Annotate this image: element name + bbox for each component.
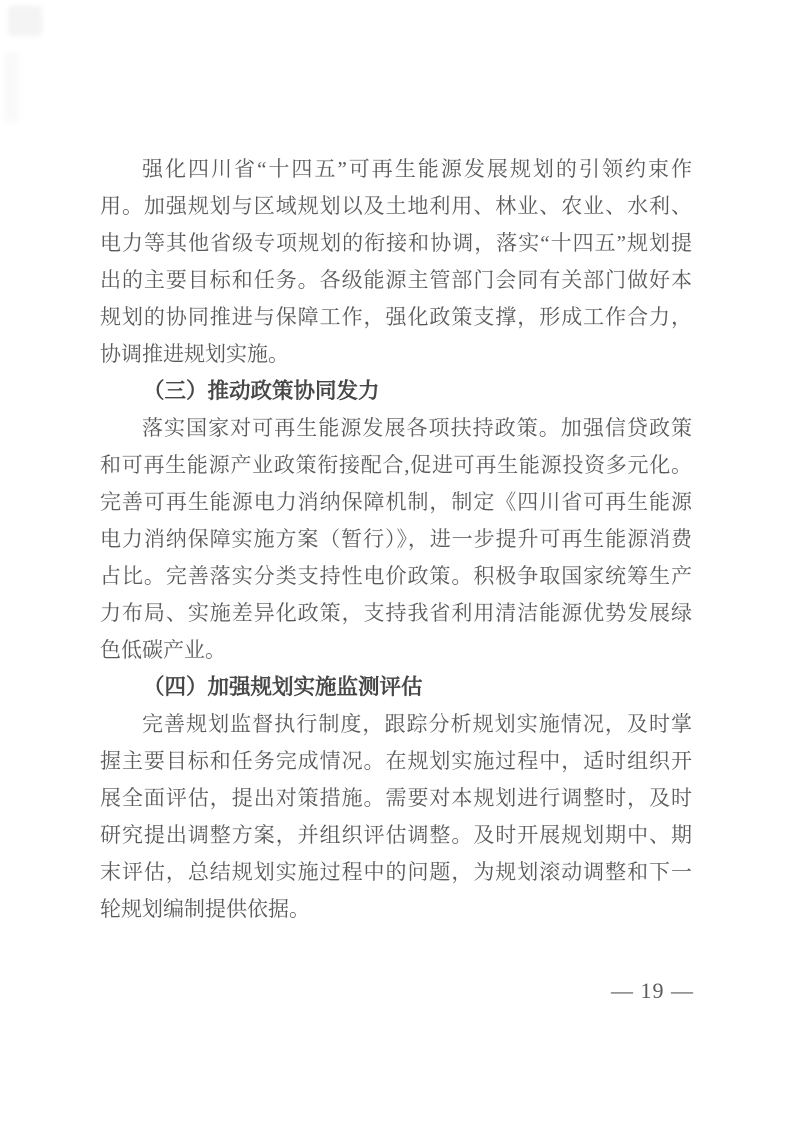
paragraph-line: 色低碳产业。	[100, 632, 692, 669]
paragraph-line: 握主要目标和任务完成情况。在规划实施过程中，适时组织开	[100, 743, 692, 780]
paragraph-line: 轮规划编制提供依据。	[100, 891, 692, 928]
paragraph-line: 电力等其他省级专项规划的衔接和协调，落实“十四五”规划提	[100, 225, 692, 262]
paragraph-line: 规划的协同推进与保障工作，强化政策支撑，形成工作合力，	[100, 299, 692, 336]
paragraph-line: 协调推进规划实施。	[100, 336, 692, 373]
page-number: — 19 —	[611, 977, 694, 1005]
document-body: 强化四川省“十四五”可再生能源发展规划的引领约束作用。加强规划与区域规划以及土地…	[100, 151, 692, 928]
scan-artifact	[4, 52, 18, 122]
paragraph-line: 占比。完善落实分类支持性电价政策。积极争取国家统筹生产	[100, 558, 692, 595]
section-heading: （四）加强规划实施监测评估	[100, 669, 692, 706]
paragraph-line: 和可再生能源产业政策衔接配合,促进可再生能源投资多元化。	[100, 447, 692, 484]
paragraph-line: 研究提出调整方案，并组织评估调整。及时开展规划期中、期	[100, 817, 692, 854]
paragraph-line: 末评估，总结规划实施过程中的问题，为规划滚动调整和下一	[100, 854, 692, 891]
document-page: 强化四川省“十四五”可再生能源发展规划的引领约束作用。加强规划与区域规划以及土地…	[0, 0, 800, 1131]
section-heading: （三）推动政策协同发力	[100, 373, 692, 410]
paragraph-line: 电力消纳保障实施方案（暂行）》，进一步提升可再生能源消费	[100, 521, 692, 558]
paragraph-line: 强化四川省“十四五”可再生能源发展规划的引领约束作	[100, 151, 692, 188]
paragraph-line: 用。加强规划与区域规划以及土地利用、林业、农业、水利、	[100, 188, 692, 225]
paragraph-line: 力布局、实施差异化政策，支持我省利用清洁能源优势发展绿	[100, 595, 692, 632]
paragraph-line: 完善规划监督执行制度，跟踪分析规划实施情况，及时掌	[100, 706, 692, 743]
paragraph-line: 落实国家对可再生能源发展各项扶持政策。加强信贷政策	[100, 410, 692, 447]
scan-artifact	[8, 6, 42, 36]
paragraph-line: 展全面评估，提出对策措施。需要对本规划进行调整时，及时	[100, 780, 692, 817]
paragraph-line: 完善可再生能源电力消纳保障机制，制定《四川省可再生能源	[100, 484, 692, 521]
paragraph-line: 出的主要目标和任务。各级能源主管部门会同有关部门做好本	[100, 262, 692, 299]
